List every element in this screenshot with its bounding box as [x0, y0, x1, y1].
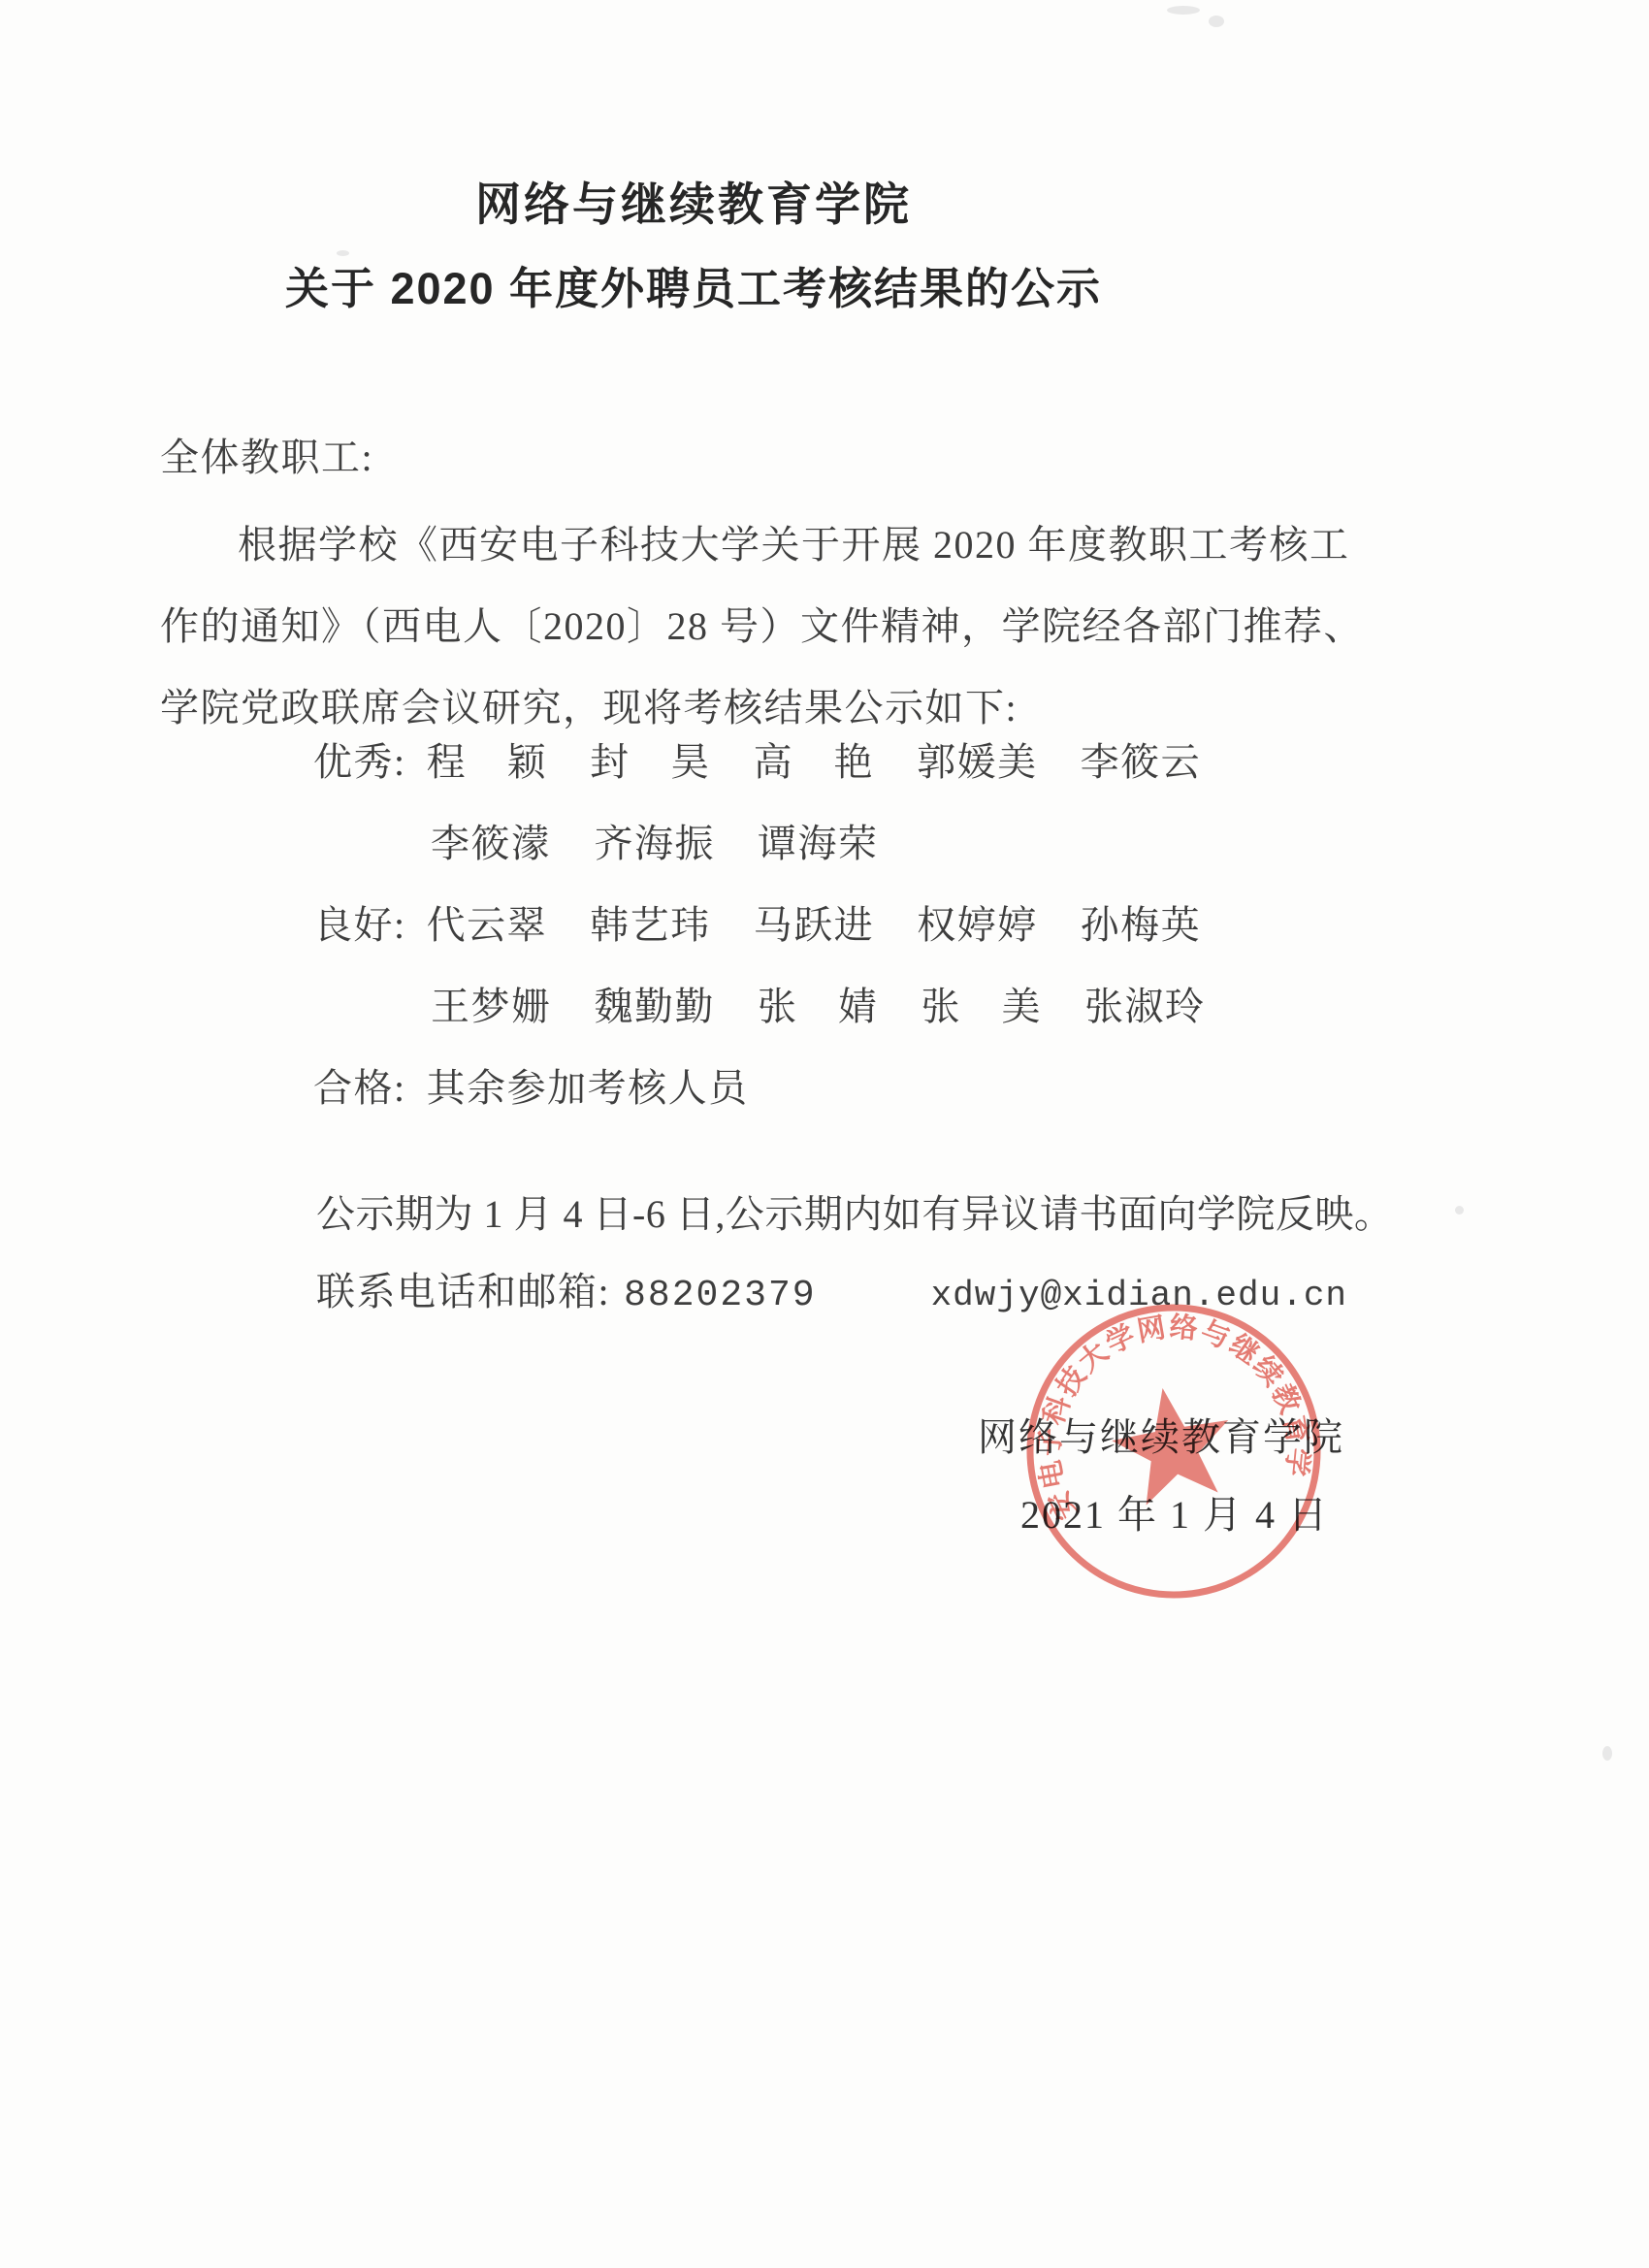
person-name: 代云翠 [427, 902, 548, 949]
person-name: 封 昊 [590, 739, 711, 786]
person-name: 张 婧 [758, 984, 879, 1030]
person-name: 马跃进 [754, 902, 875, 949]
body-paragraph-line: 作的通知》（西电人〔2020〕28 号）文件精神，学院经各部门推荐、 [160, 603, 1364, 650]
scan-artifact [1602, 1746, 1612, 1761]
person-name: 李筱濛 [431, 821, 552, 867]
person-name: 韩艺玮 [590, 902, 711, 949]
page: 网络与继续教育学院 关于 2020 年度外聘员工考核结果的公示 全体教职工: 根… [0, 0, 1649, 2268]
name-list: 其余参加考核人员 [427, 1066, 749, 1110]
grade-label-good: 良好: [313, 902, 406, 949]
person-name: 齐海振 [595, 821, 716, 867]
grade-row-excellent: 优秀:程 颖封 昊高 艳郭媛美李筱云 [313, 739, 1201, 786]
contact-label: 联系电话和邮箱: [316, 1270, 610, 1313]
grade-label-excellent: 优秀: [313, 739, 406, 786]
person-name: 王梦姗 [431, 984, 552, 1030]
scan-artifact [1209, 16, 1224, 27]
body-paragraph-line: 根据学校《西安电子科技大学关于开展 2020 年度教职工考核工 [238, 522, 1350, 568]
person-name: 程 颖 [427, 739, 548, 786]
name-list: 代云翠韩艺玮马跃进权婷婷孙梅英 [427, 903, 1202, 947]
scan-artifact [1167, 6, 1200, 15]
name-list: 王梦姗魏勤勤张 婧张 美张淑玲 [431, 985, 1206, 1028]
person-name: 李筱云 [1081, 739, 1202, 786]
document-subtitle: 关于 2020 年度外聘员工考核结果的公示 [0, 263, 1387, 315]
notice-period-text: 公示期为 1 月 4 日-6 日,公示期内如有异议请书面向学院反映。 [316, 1191, 1393, 1238]
document-title: 网络与继续教育学院 [0, 178, 1387, 232]
official-seal: 西安电子科技大学网络与继续教育学院 [994, 1272, 1354, 1632]
person-name: 张 美 [921, 984, 1043, 1030]
person-name: 张淑玲 [1084, 984, 1206, 1030]
grade-row-good: 良好:代云翠韩艺玮马跃进权婷婷孙梅英 [313, 902, 1201, 949]
person-name: 其余参加考核人员 [427, 1065, 749, 1112]
person-name: 谭海荣 [758, 821, 879, 867]
person-name: 孙梅英 [1081, 902, 1202, 949]
body-paragraph-line: 学院党政联席会议研究，现将考核结果公示如下: [160, 685, 1018, 731]
grade-row-pass: 合格:其余参加考核人员 [313, 1065, 749, 1112]
star-icon [1105, 1377, 1241, 1508]
name-list: 李筱濛齐海振谭海荣 [431, 822, 879, 865]
grade-label-pass: 合格: [313, 1065, 406, 1112]
name-list: 程 颖封 昊高 艳郭媛美李筱云 [427, 740, 1202, 784]
person-name: 魏勤勤 [595, 984, 716, 1030]
grade-row-excellent-cont: 李筱濛齐海振谭海荣 [431, 821, 879, 867]
grade-row-good-cont: 王梦姗魏勤勤张 婧张 美张淑玲 [431, 984, 1206, 1030]
scan-artifact [337, 250, 349, 256]
salutation: 全体教职工: [160, 435, 373, 481]
person-name: 郭媛美 [917, 739, 1038, 786]
person-name: 高 艳 [754, 739, 875, 786]
scan-artifact [1455, 1206, 1464, 1215]
contact-phone: 88202379 [624, 1275, 816, 1316]
person-name: 权婷婷 [917, 902, 1038, 949]
